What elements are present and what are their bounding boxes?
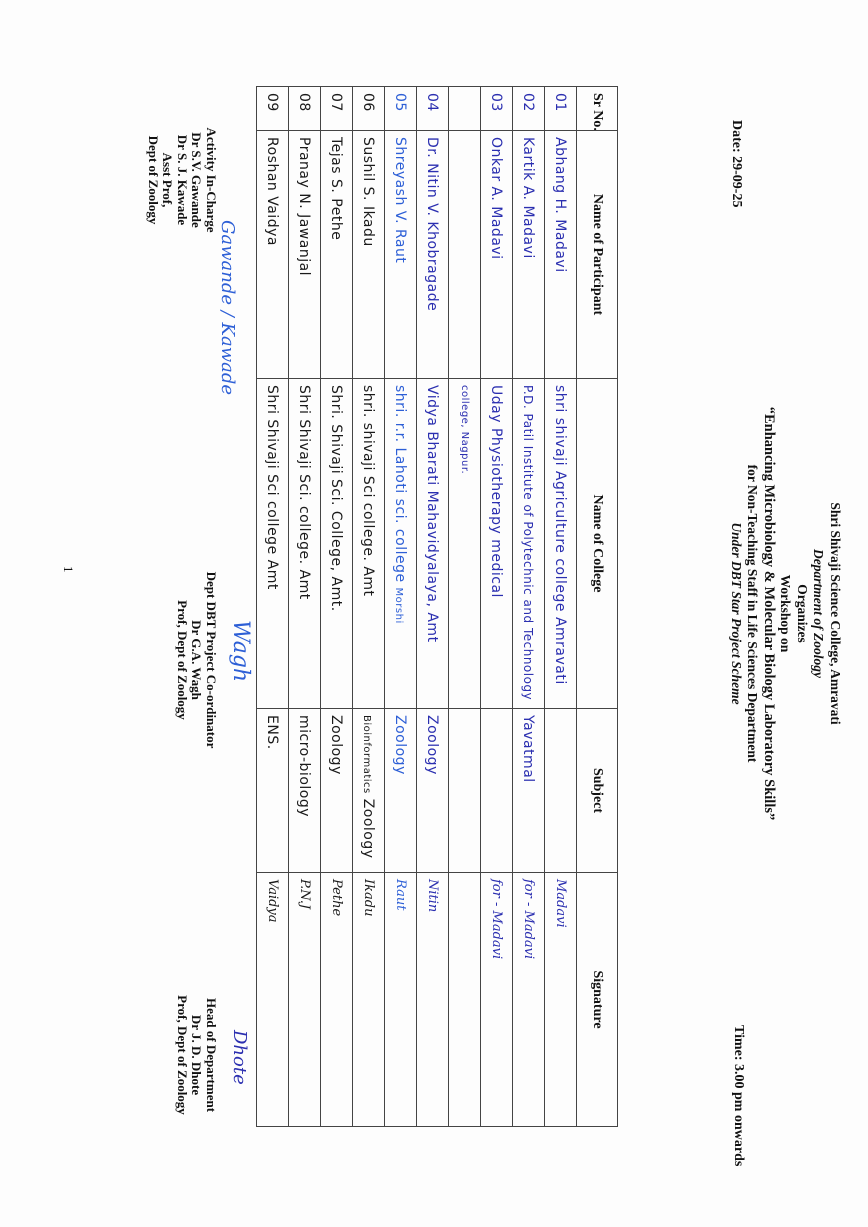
table-row: 06 Sushil S. Ikadu shri. shivaji Sci col… xyxy=(353,87,385,1127)
subject: micro-biology xyxy=(289,709,321,873)
table-row: college, Nagpur. xyxy=(449,87,481,1127)
footer-right-line: Prof, Dept of Zoology xyxy=(175,955,190,1155)
college-name-cell: college, Nagpur. xyxy=(449,379,481,709)
participant-name: Shreyash V. Raut xyxy=(385,131,417,379)
table-row: 01 Abhang H. Madavi shri shivaji Agricul… xyxy=(545,87,577,1127)
signature xyxy=(449,873,481,1127)
subject: Bioinformatics Zoology xyxy=(353,709,385,873)
table-row: 08 Pranay N. Jawanjal Shri Shivaji Sci. … xyxy=(289,87,321,1127)
footer-left-line: Dept of Zoology xyxy=(146,80,161,280)
footer-center-line: Dr G.A. Wagh xyxy=(189,535,204,785)
sr-no: 07 xyxy=(321,87,353,131)
signature-activity-incharge: Gawande / Kawade xyxy=(217,220,238,395)
signature: Pethe xyxy=(321,873,353,1127)
footer-left-line: Dr S. J. Kawade xyxy=(175,80,190,280)
footer-center-line: Prof, Dept of Zoology xyxy=(175,535,190,785)
college-name-cell: Shri Shivaji Sci. college. Amt xyxy=(289,379,321,709)
sr-no: 04 xyxy=(417,87,449,131)
subject: Yavatmal xyxy=(513,709,545,873)
sr-no: 05 xyxy=(385,87,417,131)
college-name-cell: shri shivaji Agriculture college Amravat… xyxy=(545,379,577,709)
date-label: Date: 29-09-25 xyxy=(728,120,744,207)
page-number: 1 xyxy=(60,566,76,573)
workshop-audience: for Non-Teaching Staff in Life Sciences … xyxy=(744,0,761,1227)
footer-left-line: Asst Prof, xyxy=(160,80,175,280)
signature-hod: Dhote xyxy=(229,1030,250,1085)
table-row: 07 Tejas S. Pethe Shri. Shivaji Sci. Col… xyxy=(321,87,353,1127)
signature: Ikadu xyxy=(353,873,385,1127)
participant-name: Roshan Vaidya xyxy=(257,131,289,379)
signature: Madavi xyxy=(545,873,577,1127)
department-name: Department of Zoology xyxy=(810,0,827,1227)
college-text: shri. r.r. Lahoti sci. college xyxy=(393,385,409,583)
participant-name: Dr. Nitin V. Khobragade xyxy=(417,131,449,379)
college-name-cell: Shri Shivaji Sci college Amt xyxy=(257,379,289,709)
college-name-cell: Vidya Bharati Mahavidyalaya, Amt xyxy=(417,379,449,709)
participant-name: Kartik A. Madavi xyxy=(513,131,545,379)
col-subject: Subject xyxy=(577,709,618,873)
college-name-cell: P.D. Patil Institute of Polytechnic and … xyxy=(513,379,545,709)
attendance-sheet: Shri Shivaji Science College, Amravati D… xyxy=(0,0,868,1227)
subject-text: Zoology xyxy=(361,799,377,859)
project-coordinator-block: Dept DBT Project Co-ordinator Dr G.A. Wa… xyxy=(175,535,219,785)
workshop-on-line: Workshop on xyxy=(777,0,794,1227)
subject-note: Bioinformatics xyxy=(362,715,373,794)
organizes-line: Organizes xyxy=(794,0,811,1227)
activity-incharge-block: Activity In-Charge Dr S.V. Gawande Dr S.… xyxy=(146,80,219,280)
table-row: 09 Roshan Vaidya Shri Shivaji Sci colleg… xyxy=(257,87,289,1127)
sr-no: 02 xyxy=(513,87,545,131)
college-name: Shri Shivaji Science College, Amravati xyxy=(827,0,844,1227)
table-row: 02 Kartik A. Madavi P.D. Patil Institute… xyxy=(513,87,545,1127)
college-name-cell: shri. shivaji Sci college. Amt xyxy=(353,379,385,709)
college-note: Morshi xyxy=(394,588,405,624)
sr-no: 06 xyxy=(353,87,385,131)
participant-name: Onkar A. Madavi xyxy=(481,131,513,379)
college-name-cell: Shri. Shivaji Sci. College, Amt. xyxy=(321,379,353,709)
head-of-department-block: Head of Department Dr J. D. Dhote Prof, … xyxy=(175,955,219,1155)
college-line-1: Uday Physiotherapy medical xyxy=(489,385,505,598)
footer-right-line: Dr J. D. Dhote xyxy=(189,955,204,1155)
participant-name: Pranay N. Jawanjal xyxy=(289,131,321,379)
participant-name: Sushil S. Ikadu xyxy=(353,131,385,379)
subject: Zoology xyxy=(417,709,449,873)
sr-no: 09 xyxy=(257,87,289,131)
subject: ENS. xyxy=(257,709,289,873)
sr-no: 03 xyxy=(481,87,513,131)
signature: Raut xyxy=(385,873,417,1127)
table-row: 05 Shreyash V. Raut shri. r.r. Lahoti sc… xyxy=(385,87,417,1127)
sr-no: 01 xyxy=(545,87,577,131)
time-label: Time: 3.00 pm onwards xyxy=(730,1025,746,1166)
subject xyxy=(449,709,481,873)
signature: Nitin xyxy=(417,873,449,1127)
participant-name: Tejas S. Pethe xyxy=(321,131,353,379)
college-name-cell: shri. r.r. Lahoti sci. college Morshi xyxy=(385,379,417,709)
col-participant: Name of Participant xyxy=(577,131,618,379)
footer-left-line: Activity In-Charge xyxy=(204,80,219,280)
attendance-table: Sr No. Name of Participant Name of Colle… xyxy=(256,86,618,1127)
signature-coordinator: Wagh xyxy=(228,620,253,682)
participant-name: Abhang H. Madavi xyxy=(545,131,577,379)
signature: for - Madavi xyxy=(481,873,513,1127)
table-row: 03 Onkar A. Madavi Uday Physiotherapy me… xyxy=(481,87,513,1127)
table-row: 04 Dr. Nitin V. Khobragade Vidya Bharati… xyxy=(417,87,449,1127)
subject xyxy=(545,709,577,873)
college-name-cell: Uday Physiotherapy medical xyxy=(481,379,513,709)
col-sr-no: Sr No. xyxy=(577,87,618,131)
signature: for - Madavi xyxy=(513,873,545,1127)
sr-no: 08 xyxy=(289,87,321,131)
sr-no xyxy=(449,87,481,131)
participant-name xyxy=(449,131,481,379)
col-signature: Signature xyxy=(577,873,618,1127)
footer-right-line: Head of Department xyxy=(204,955,219,1155)
col-college: Name of College xyxy=(577,379,618,709)
signature: Vaidya xyxy=(257,873,289,1127)
subject: Zoology xyxy=(385,709,417,873)
table-header-row: Sr No. Name of Participant Name of Colle… xyxy=(577,87,618,1127)
workshop-title: “Enhancing Microbiology & Molecular Biol… xyxy=(761,0,778,1227)
subject xyxy=(481,709,513,873)
subject: Zoology xyxy=(321,709,353,873)
signature: P.N.J xyxy=(289,873,321,1127)
footer-left-line: Dr S.V. Gawande xyxy=(189,80,204,280)
footer-center-line: Dept DBT Project Co-ordinator xyxy=(204,535,219,785)
